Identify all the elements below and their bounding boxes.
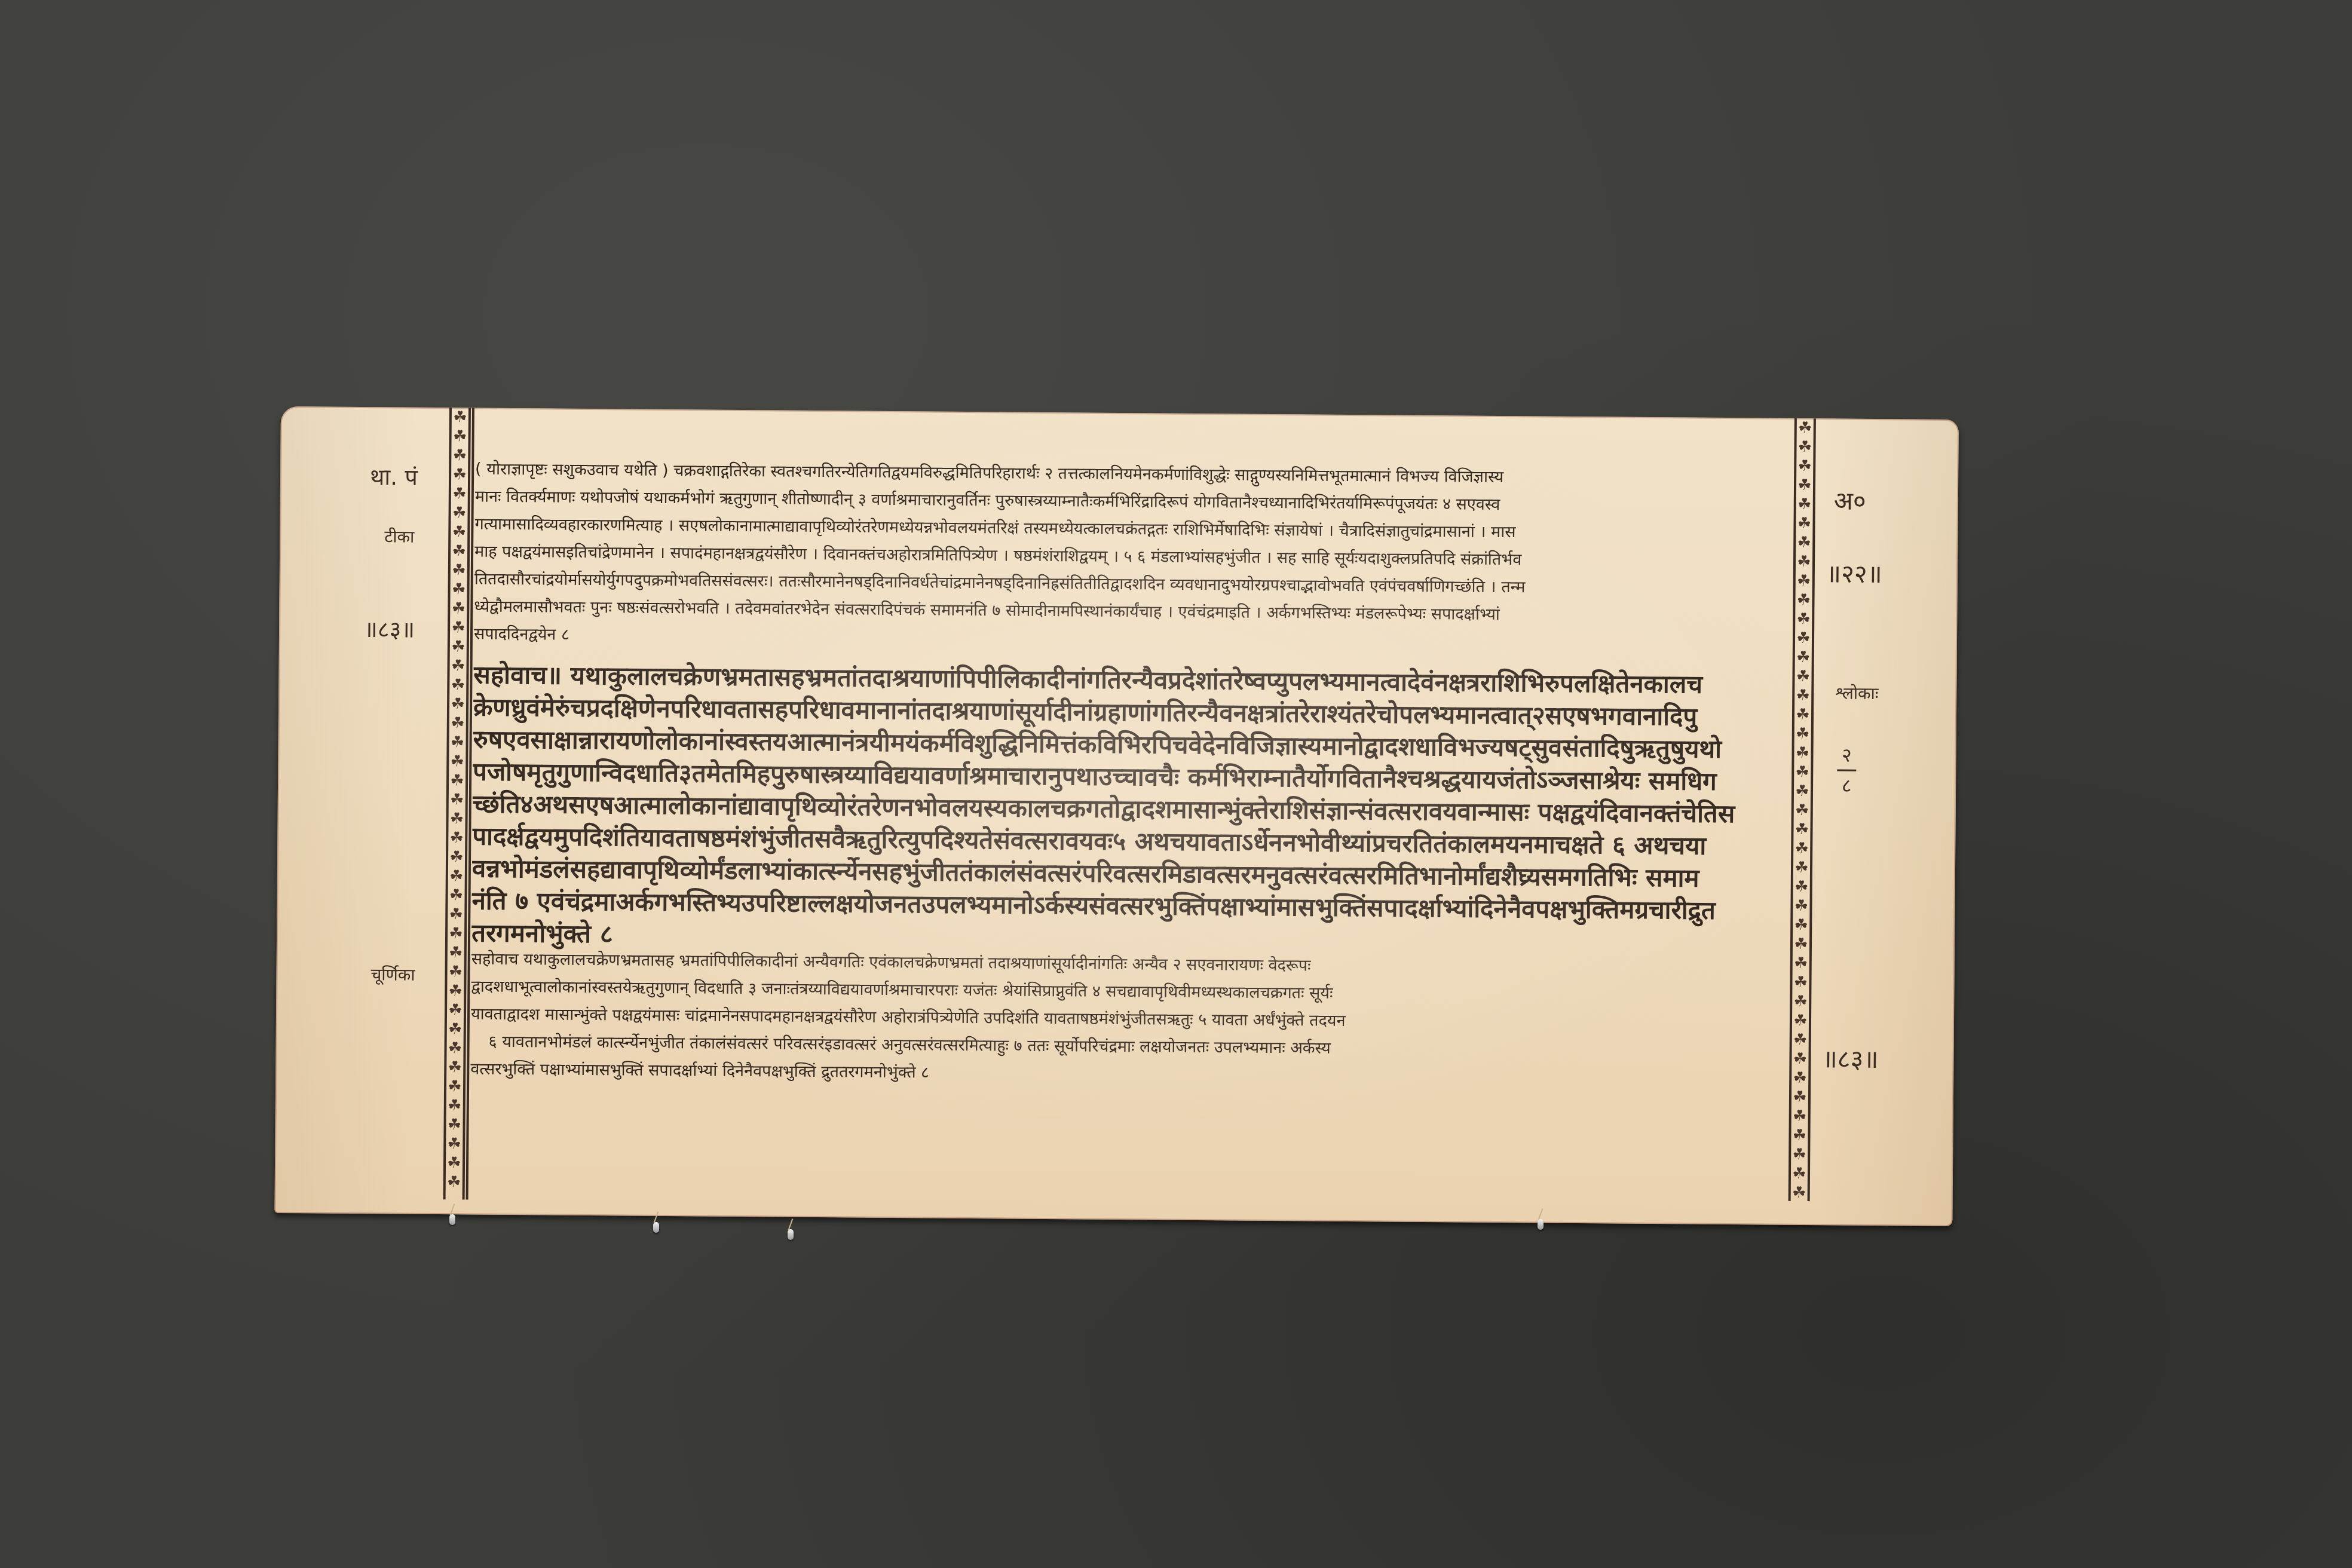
quatrefoil-icon: ☘ [1793, 1011, 1808, 1030]
mounting-pin-icon [653, 1222, 659, 1233]
quatrefoil-icon: ☘ [448, 1096, 462, 1115]
quatrefoil-icon: ☘ [451, 713, 465, 733]
quatrefoil-icon: ☘ [453, 427, 467, 446]
quatrefoil-icon: ☘ [1795, 820, 1809, 839]
quatrefoil-icon: ☘ [1795, 782, 1809, 801]
mounting-pin-icon [1538, 1219, 1543, 1230]
quatrefoil-icon: ☘ [448, 1019, 463, 1039]
quatrefoil-icon: ☘ [1793, 1107, 1807, 1126]
quatrefoil-icon: ☘ [451, 752, 465, 771]
commentary-bottom: सहोवाच यथाकुलालचक्रेणभ्रमतासह भ्रमतांपिप… [470, 946, 1786, 1094]
quatrefoil-icon: ☘ [451, 675, 465, 694]
quatrefoil-icon: ☘ [448, 1058, 463, 1077]
quatrefoil-icon: ☘ [1796, 648, 1811, 667]
quatrefoil-icon: ☘ [1797, 514, 1812, 533]
quatrefoil-icon: ☘ [452, 484, 467, 503]
fraction-bar [1837, 769, 1856, 771]
quatrefoil-icon: ☘ [1796, 705, 1810, 724]
quatrefoil-icon: ☘ [1793, 1030, 1808, 1049]
quatrefoil-icon: ☘ [452, 522, 467, 541]
quatrefoil-icon: ☘ [1795, 762, 1809, 782]
quatrefoil-icon: ☘ [452, 580, 466, 599]
quatrefoil-icon: ☘ [452, 541, 466, 561]
left-margin-label-churnika: चूर्णिका [370, 963, 415, 986]
quatrefoil-icon: ☘ [448, 1039, 463, 1058]
quatrefoil-icon: ☘ [449, 924, 463, 943]
quatrefoil-icon: ☘ [453, 446, 467, 465]
mounting-pin-icon [449, 1214, 455, 1225]
quatrefoil-icon: ☘ [449, 866, 464, 886]
quatrefoil-icon: ☘ [1794, 973, 1808, 992]
quatrefoil-icon: ☘ [449, 847, 464, 866]
quatrefoil-icon: ☘ [450, 790, 464, 809]
quatrefoil-icon: ☘ [452, 561, 466, 580]
quatrefoil-icon: ☘ [1797, 533, 1812, 552]
quatrefoil-icon: ☘ [1792, 1183, 1806, 1201]
right-margin-label-shlokah: श्लोकाः [1835, 681, 1878, 705]
quatrefoil-icon: ☘ [450, 809, 464, 828]
quatrefoil-icon: ☘ [1794, 935, 1808, 954]
quatrefoil-icon: ☘ [1794, 858, 1809, 877]
quatrefoil-icon: ☘ [1793, 1068, 1807, 1088]
quatrefoil-icon: ☘ [1792, 1164, 1806, 1183]
quatrefoil-icon: ☘ [447, 1153, 461, 1172]
quatrefoil-icon: ☘ [1794, 954, 1808, 973]
quatrefoil-icon: ☘ [450, 828, 464, 847]
quatrefoil-icon: ☘ [1794, 915, 1808, 935]
quatrefoil-icon: ☘ [1796, 629, 1811, 648]
quatrefoil-icon: ☘ [448, 1115, 462, 1134]
commentary-top: ( योराज्ञापृष्टः सशुकउवाच यथेति ) चक्रवश… [474, 456, 1790, 659]
quatrefoil-icon: ☘ [1797, 610, 1811, 629]
quatrefoil-icon: ☘ [449, 905, 464, 924]
quatrefoil-icon: ☘ [1793, 1126, 1807, 1145]
quatrefoil-icon: ☘ [451, 637, 465, 656]
quatrefoil-icon: ☘ [451, 694, 465, 713]
quatrefoil-ornament-icon: ☘☘☘☘☘☘☘☘☘☘☘☘☘☘☘☘☘☘☘☘☘☘☘☘☘☘☘☘☘☘☘☘☘☘☘☘☘☘☘☘… [1791, 418, 1814, 1201]
quatrefoil-icon: ☘ [452, 465, 467, 484]
quatrefoil-icon: ☘ [1797, 476, 1812, 495]
left-margin-label-tika: टीका [384, 525, 414, 547]
quatrefoil-icon: ☘ [1794, 877, 1809, 896]
quatrefoil-icon: ☘ [1797, 495, 1812, 514]
quatrefoil-icon: ☘ [1797, 571, 1811, 590]
quatrefoil-icon: ☘ [1798, 418, 1812, 437]
fraction-numerator: २ [1842, 744, 1852, 767]
quatrefoil-icon: ☘ [1793, 1088, 1807, 1107]
quatrefoil-icon: ☘ [452, 599, 466, 618]
main-verse: सहोवाच॥ यथाकुलालचक्रेणभ्रमतासहभ्रमतांतदा… [471, 659, 1788, 960]
fraction-denominator: ८ [1842, 774, 1852, 797]
left-margin-header: था. पं [370, 461, 418, 492]
quatrefoil-icon: ☘ [448, 1000, 463, 1019]
quatrefoil-icon: ☘ [1796, 667, 1811, 686]
document-page: ☘☘☘☘☘☘☘☘☘☘☘☘☘☘☘☘☘☘☘☘☘☘☘☘☘☘☘☘☘☘☘☘☘☘☘☘☘☘☘☘… [274, 406, 1959, 1226]
quatrefoil-icon: ☘ [449, 962, 463, 981]
quatrefoil-icon: ☘ [1796, 724, 1810, 743]
right-margin-chapter: अ० [1834, 483, 1866, 517]
quatrefoil-icon: ☘ [1794, 896, 1809, 915]
quatrefoil-icon: ☘ [1793, 1049, 1808, 1068]
quatrefoil-icon: ☘ [449, 981, 463, 1000]
quatrefoil-icon: ☘ [1796, 686, 1810, 705]
shloka-count-fraction: २ ८ [1835, 744, 1859, 796]
quatrefoil-icon: ☘ [1794, 839, 1809, 858]
quatrefoil-ornament-icon: ☘☘☘☘☘☘☘☘☘☘☘☘☘☘☘☘☘☘☘☘☘☘☘☘☘☘☘☘☘☘☘☘☘☘☘☘☘☘☘☘… [446, 408, 468, 1199]
quatrefoil-icon: ☘ [1795, 801, 1809, 820]
mounting-pin-icon [788, 1229, 794, 1240]
right-margin-leaf-number: ॥८३॥ [1822, 1041, 1878, 1076]
quatrefoil-icon: ☘ [1797, 552, 1811, 571]
quatrefoil-icon: ☘ [1797, 590, 1811, 610]
quatrefoil-icon: ☘ [448, 1077, 462, 1096]
quatrefoil-icon: ☘ [449, 886, 464, 905]
quatrefoil-icon: ☘ [1798, 437, 1812, 457]
quatrefoil-icon: ☘ [448, 1134, 462, 1153]
quatrefoil-icon: ☘ [1792, 1145, 1806, 1164]
right-ornamental-border: ☘☘☘☘☘☘☘☘☘☘☘☘☘☘☘☘☘☘☘☘☘☘☘☘☘☘☘☘☘☘☘☘☘☘☘☘☘☘☘☘… [1788, 418, 1816, 1201]
quatrefoil-icon: ☘ [452, 503, 467, 522]
quatrefoil-icon: ☘ [450, 771, 464, 790]
quatrefoil-icon: ☘ [1793, 992, 1808, 1011]
quatrefoil-icon: ☘ [1796, 743, 1810, 762]
quatrefoil-icon: ☘ [451, 656, 465, 675]
quatrefoil-icon: ☘ [449, 943, 463, 962]
quatrefoil-icon: ☘ [451, 618, 465, 637]
left-margin-page-number: ॥८३॥ [364, 613, 415, 645]
quatrefoil-icon: ☘ [1798, 457, 1812, 476]
quatrefoil-icon: ☘ [451, 733, 465, 752]
quatrefoil-icon: ☘ [447, 1172, 461, 1192]
right-margin-chapter-number: ॥२२॥ [1826, 556, 1882, 590]
quatrefoil-icon: ☘ [453, 408, 467, 427]
